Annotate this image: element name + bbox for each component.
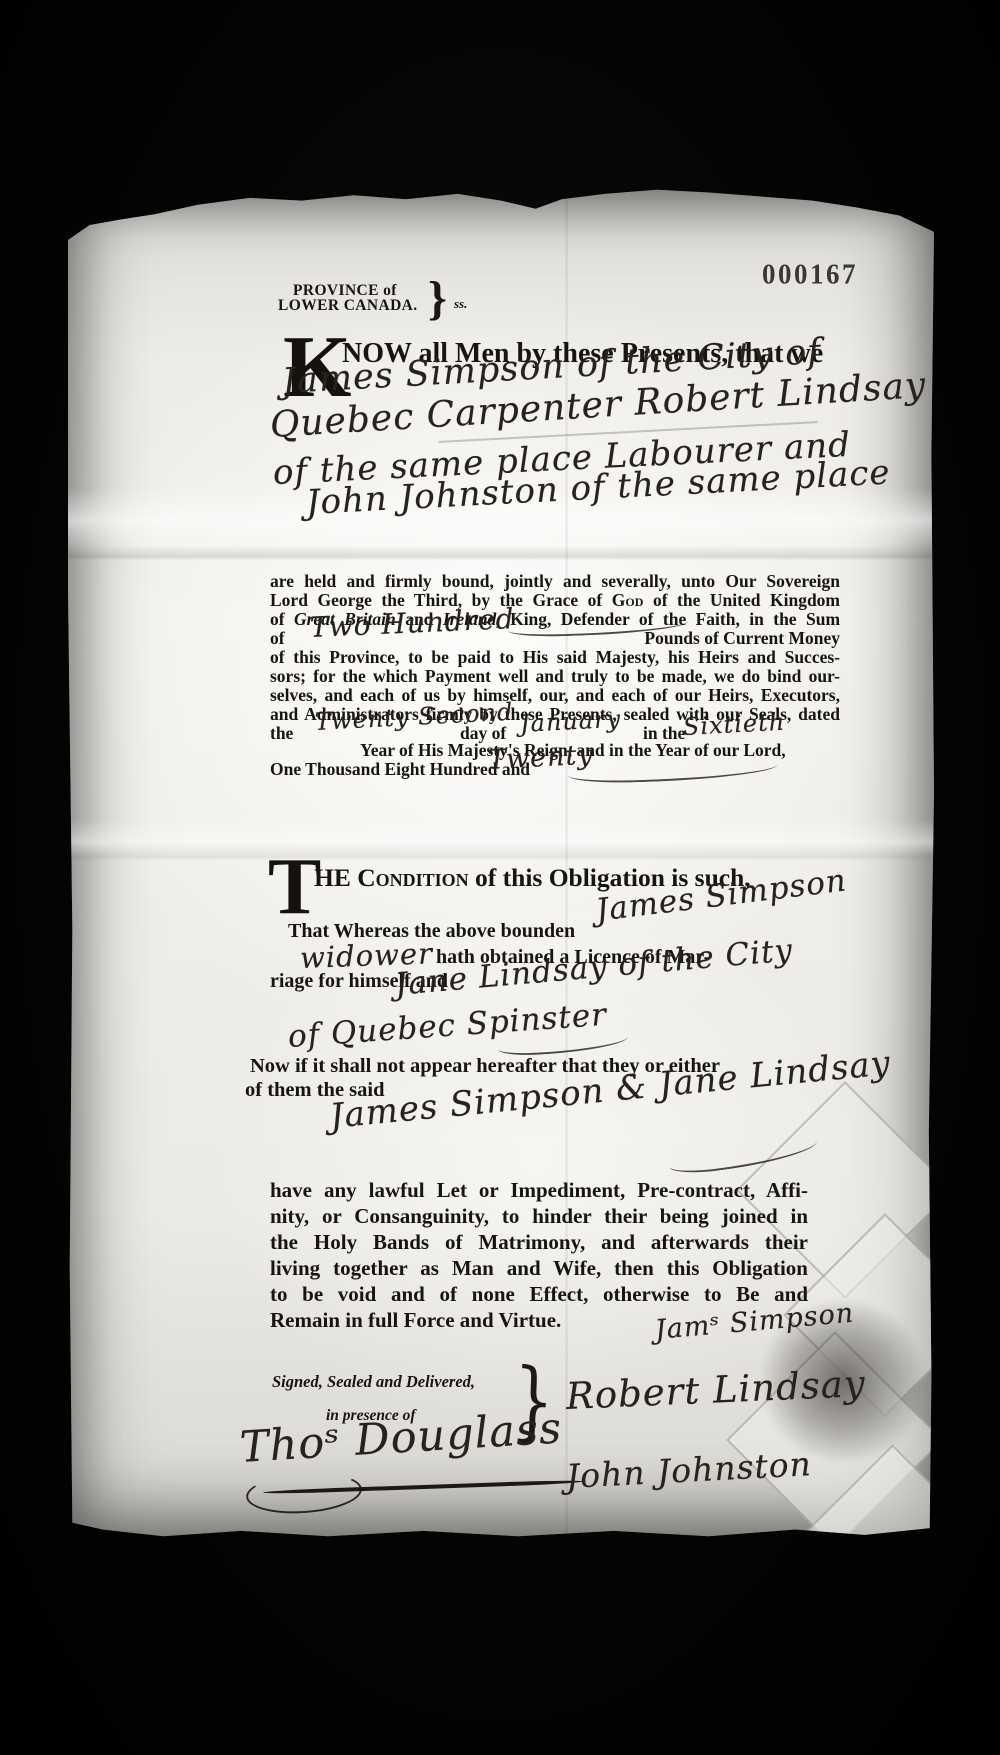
- bond-text: of the United Kingdom: [653, 590, 840, 610]
- pen-flourish: [568, 757, 779, 784]
- ss-abbrev: ss.: [454, 296, 467, 312]
- bond-text-god: God: [612, 590, 644, 610]
- bond-paragraph-line: are held and firmly bound, jointly and s…: [270, 572, 840, 591]
- witness-signature: Thoˢ Douglass: [238, 1403, 563, 1473]
- bond-paragraph-line: selves, and each of us by himself, our, …: [270, 686, 840, 705]
- month-handwritten: January: [519, 705, 622, 738]
- regnal-year-handwritten: Sixtieth: [682, 708, 786, 741]
- condition-heading-condition: Condition: [357, 863, 468, 892]
- bond-text: of: [270, 609, 285, 629]
- serial-number-stamp: 000167: [762, 258, 858, 290]
- bond-paragraph-line: sors; for the which Payment well and tru…: [270, 667, 840, 686]
- signature-loop-flourish: [245, 1469, 364, 1517]
- scan-background: { "header": { "province_line1": "PROVINC…: [0, 0, 1000, 1755]
- closing-paragraph-line: living together as Man and Wife, then th…: [270, 1256, 808, 1280]
- province-label-line2: LOWER CANADA.: [278, 297, 418, 315]
- province-brace: }: [428, 271, 447, 326]
- closing-paragraph-line: have any lawful Let or Impediment, Pre-c…: [270, 1178, 808, 1202]
- bond-paragraph-line: Lord George the Third, by the Grace of G…: [270, 591, 840, 610]
- fold-crease: [68, 819, 934, 861]
- closing-paragraph-line: nity, or Consanguinity, to hinder their …: [270, 1204, 808, 1228]
- bond-paragraph-line: of this Province, to be paid to His said…: [270, 648, 840, 667]
- condition-heading-text: HE: [314, 863, 351, 892]
- closing-paragraph-line: the Holy Bands of Matrimony, and afterwa…: [270, 1230, 808, 1254]
- bond-text: Pounds of Current Money: [644, 629, 840, 648]
- bond-text: the: [270, 723, 293, 743]
- signed-sealed-label: Signed, Sealed and Delivered,: [272, 1372, 475, 1392]
- bond-text: of: [270, 628, 285, 648]
- closing-paragraph-line: to be void and of none Effect, otherwise…: [270, 1282, 808, 1306]
- document-scan: PROVINCE of LOWER CANADA. } ss. 000167 K…: [68, 183, 934, 1539]
